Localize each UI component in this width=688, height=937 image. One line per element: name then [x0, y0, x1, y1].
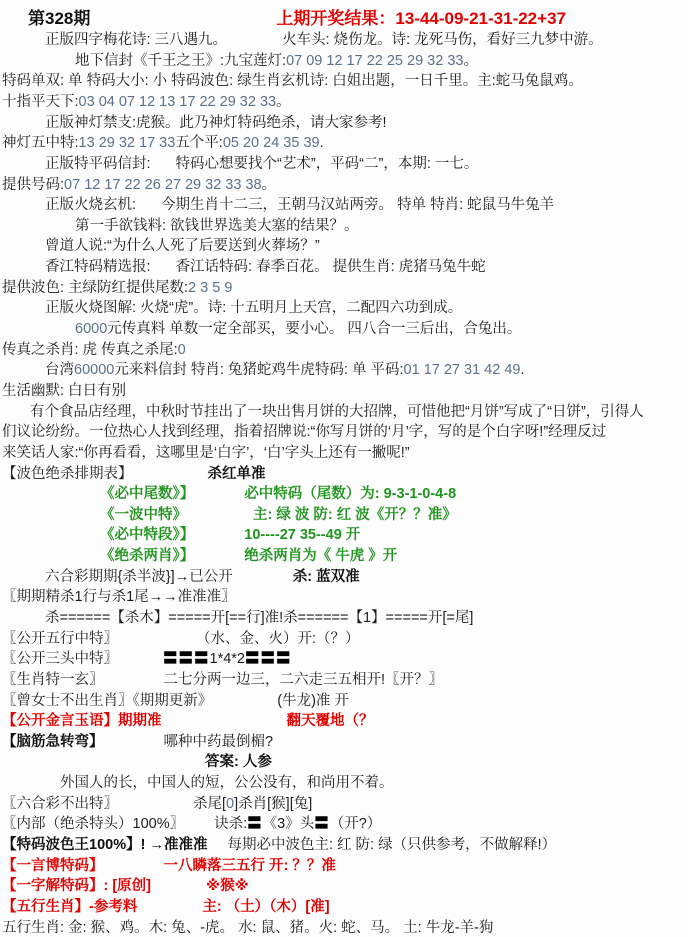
fire-mystery-line-part-2: 今期生肖十二三，王朝马汉站两旁。 特单 特肖: 蛇鼠马牛兔羊 — [161, 198, 554, 213]
humor-story-line-1: 有个食品店经理，中秋时节挂出了一块出售月饼的大招牌，可惜他把“月饼”写成了“日饼… — [0, 402, 688, 423]
kill-two-zodiac-line-part-2: 绝杀两肖为《 牛虎 》开 — [244, 549, 397, 564]
ten-fingers-line-part-1: 十指平天下: — [2, 95, 79, 110]
riddle-line-part-1: 外国人的长，中国人的短，公公没有，和尚用不着。 — [60, 776, 394, 791]
golden-words-line-part-1: 【公开金言玉语】期期准 — [2, 714, 162, 729]
golden-words-line-part-2: 翻天覆地（？ — [287, 714, 374, 729]
half-wave-kill-line: 六合彩期期{杀半波}]→已公开杀: 蓝双准 — [0, 567, 688, 588]
xiangjiang-line-part-1: 香江特码精选报: — [45, 260, 151, 275]
provided-numbers-line: 提供号码: 07 12 17 22 26 27 29 32 33 38。 — [0, 174, 688, 195]
madam-zeng-line: 〖曾女士不出生肖〗《期期更新》(牛龙)准 开 — [0, 691, 688, 712]
three-heads-line-part-2: 〓〓〓 — [163, 652, 210, 667]
no-special-line-part-4: ]杀肖[猴][兔] — [234, 797, 312, 812]
internal-kill-head-line-part-2: 诀杀: — [214, 817, 247, 832]
magic-lamp-ban-line-part-1: 正版神灯禁支:虎猴。此乃神灯特码绝杀，请大家参考! — [45, 116, 387, 131]
xiangjiang-line: 香江特码精选报:香江话特码: 春季百花。 提供生肖: 虎猪马兔牛蛇 — [0, 257, 688, 278]
ten-fingers-line-part-3: 。 — [276, 95, 291, 110]
fire-mystery-line-part-1: 正版火烧玄机: — [45, 198, 136, 213]
magic-lamp-five-line-part-1: 神灯五中特: — [2, 136, 79, 151]
zengdaoren-line: 曾道人说:“为什么人死了后要送到火葬场？” — [0, 236, 688, 257]
header-row: 第328期上期开奖结果：13-44-09-21-31-22+37 — [0, 6, 688, 30]
special-flat-envelope-line: 正版特平码信封:特码心想要找个“艺术”，平码“二”，本期: 一七。 — [0, 154, 688, 175]
must-hit-tail-line-part-2: 必中特码（尾数）为: 9-3-1-0-4-8 — [244, 487, 456, 502]
fax-kill-line-part-1: 传真之杀肖: 虎 传真之杀尾: — [2, 343, 178, 358]
magic-lamp-five-line: 神灯五中特: 13 29 32 17 33 五个平:05 20 24 35 39… — [0, 133, 688, 154]
three-heads-line-part-1: 〖公开三头中特〗 — [2, 652, 118, 667]
special-flat-envelope-line-part-2: 特码心想要找个“艺术”，平码“二”，本期: 一七。 — [176, 157, 479, 172]
fire-diagram-line: 正版火烧图解: 火烧“虎”。诗: 十五明月上天宫，二配四六功到成。 — [0, 298, 688, 319]
provided-wave-color-line-part-1: 提供波色: 主绿防红提供尾数: — [2, 281, 188, 296]
fire-diagram-line-part-1: 正版火烧图解: 火烧“虎”。诗: 十五明月上天宫，二配四六功到成。 — [45, 301, 462, 316]
humor-story-line-2: 们议论纷纷。一位热心人找到经理，指着招牌说:“你写月饼的‘月’字，写的是个白字呀… — [0, 422, 688, 443]
wave-color-king-line-part-1: 【特码波色王100%】! →准准准 — [2, 838, 207, 853]
brain-teaser-line-part-2: 哪种中药最倒楣? — [164, 735, 274, 750]
kill-row-tail-title-line-part-1: 〖期期精杀1行与杀1尾→→准准准〗 — [2, 590, 236, 605]
magic-lamp-five-line-part-3: 五个平: — [175, 136, 223, 151]
plum-poem-line-part-2: 火车头: 烧伤龙。诗: 龙死马伤，看好三九梦中游。 — [282, 33, 603, 48]
kill-row-tail-body-line-part-1: 杀======【杀木】=====开[==行]准!杀======【1】=====开… — [45, 611, 473, 626]
zengdaoren-line-part-1: 曾道人说:“为什么人死了后要送到火葬场？” — [45, 239, 320, 254]
underground-envelope-line: 地下信封《千王之王》:九宝莲灯: 07 09 12 17 22 25 29 32… — [0, 51, 688, 72]
internal-kill-head-line: 〖内部（绝杀特头）100%〗诀杀: 〓《3》头〓（开?） — [0, 814, 688, 835]
underground-envelope-line-part-1: 地下信封《千王之王》:九宝莲灯: — [75, 54, 286, 69]
five-element-zodiac-body-line-part-1: 五行生肖: 金: 猴、鸡。木: 兔、-虎。 水: 鼠、猪。火: 蛇、马。 土: … — [2, 921, 493, 936]
magic-lamp-five-line-part-5: . — [320, 136, 324, 151]
underground-envelope-line-part-2: 07 09 12 17 22 25 29 32 33 — [286, 54, 463, 69]
five-element-zodiac-title-line: 【五行生肖】-参考料主: （土）（木）[准] — [0, 897, 688, 918]
special-code-odd-even-line: 特码单双: 单 特码大小: 小 特码波色: 绿生肖玄机诗: 白姐出题，一日千里。… — [0, 71, 688, 92]
golden-words-line: 【公开金言玉语】期期准翻天覆地（？ — [0, 711, 688, 732]
zodiac-mystery-line-part-1: 〖生肖特一玄〗 — [2, 673, 104, 688]
ten-fingers-line-part-2: 03 04 07 12 13 17 22 29 32 33 — [79, 95, 277, 110]
special-flat-envelope-line-part-1: 正版特平码信封: — [45, 157, 151, 172]
taiwan-envelope-line-part-1: 台湾 — [45, 363, 74, 378]
internal-kill-head-line-part-4: 《3》头 — [263, 817, 315, 832]
no-special-line: 〖六合彩不出特〗杀尾[0]杀肖[猴][兔] — [0, 794, 688, 815]
one-phrase-special-line: 【一言博特码】一八瞵落三五行 开: ？？准 — [0, 856, 688, 877]
humor-story-line-3-part-1: 来笑话人家:“你再看看，这哪里是‘白字’，‘白’字头上还有一撇呢!” — [2, 446, 410, 461]
madam-zeng-line-part-1: 〖曾女士不出生肖〗《期期更新》 — [2, 694, 212, 709]
kill-row-tail-body-line: 杀======【杀木】=====开[==行]准!杀======【1】=====开… — [0, 608, 688, 629]
half-wave-kill-line-part-1: 六合彩期期{杀半波}]→已公开 — [45, 570, 233, 585]
internal-kill-head-line-part-3: 〓 — [247, 817, 263, 832]
internal-kill-head-line-part-1: 〖内部（绝杀特头）100%〗 — [2, 817, 184, 832]
provided-wave-color-line-part-2: 2 3 5 9 — [188, 281, 232, 296]
fax-material-line-part-2: 元传真料 单数一定全部买，要小心。 四八合一三后出，合兔出。 — [107, 322, 521, 337]
issue-number: 第328期 — [28, 10, 90, 27]
magic-lamp-ban-line: 正版神灯禁支:虎猴。此乃神灯特码绝杀，请大家参考! — [0, 113, 688, 134]
three-heads-line-part-3: 1*4*2 — [210, 652, 245, 667]
three-heads-line-part-4: 〓〓〓 — [245, 652, 292, 667]
brain-teaser-line: 【脑筋急转弯】哪种中药最倒楣? — [0, 732, 688, 753]
taiwan-envelope-line-part-4: 01 17 27 31 42 49 — [404, 363, 521, 378]
plum-poem-line: 正版四字梅花诗: 三八遇九。火车头: 烧伤龙。诗: 龙死马伤，看好三九梦中游。 — [0, 30, 688, 51]
brain-teaser-line-part-1: 【脑筋急转弯】 — [2, 735, 104, 750]
plum-poem-line-part-1: 正版四字梅花诗: 三八遇九。 — [45, 33, 227, 48]
provided-wave-color-line: 提供波色: 主绿防红提供尾数: 2 3 5 9 — [0, 278, 688, 299]
underground-envelope-line-part-3: 。 — [463, 54, 478, 69]
fax-material-line-part-1: 6000 — [75, 322, 107, 337]
taiwan-envelope-line-part-5: . — [520, 363, 524, 378]
one-word-special-line-part-2: ※猴※ — [206, 879, 249, 894]
five-element-zodiac-body-line: 五行生肖: 金: 猴、鸡。木: 兔、-虎。 水: 鼠、猪。火: 蛇、马。 土: … — [0, 918, 688, 937]
kill-two-zodiac-line: 《绝杀两肖》】绝杀两肖为《 牛虎 》开 — [0, 546, 688, 567]
no-special-line-part-1: 〖六合彩不出特〗 — [2, 797, 118, 812]
brain-teaser-answer-line-part-1: 答案: 人参 — [205, 755, 272, 770]
one-word-special-line-part-1: 【一字解特码】: [原创] — [2, 879, 151, 894]
no-special-line-part-2: 杀尾[ — [193, 797, 226, 812]
wave-kill-table-title-line-part-1: 【波色绝杀排期表】 — [2, 467, 133, 482]
wave-color-king-line-part-2: 每期必中波色主: 红 防: 绿（只供参考，不做解释!） — [227, 838, 556, 853]
provided-numbers-line-part-3: 。 — [262, 178, 277, 193]
five-element-zodiac-title-line-part-2: 主: （土）（木）[准] — [202, 900, 329, 915]
five-elements-line: 〖公开五行中特〗（水、金、火）开:（？） — [0, 629, 688, 650]
life-humor-title-line-part-1: 生活幽默: 白日有别 — [2, 384, 126, 399]
fire-mystery-line: 正版火烧玄机:今期生肖十二三，王朝马汉站两旁。 特单 特肖: 蛇鼠马牛兔羊 — [0, 195, 688, 216]
no-special-line-part-3: 0 — [226, 797, 234, 812]
one-wave-line: 《一波中特》主: 绿 波 防: 红 波《开？？准》 — [0, 505, 688, 526]
money-tip-line: 第一手欲钱料: 欲钱世界选美大塞的结果？。 — [0, 216, 688, 237]
zodiac-mystery-line: 〖生肖特一玄〗二七分两一边三，二六走三五相开!〖开？〗 — [0, 670, 688, 691]
one-word-special-line: 【一字解特码】: [原创]※猴※ — [0, 876, 688, 897]
wave-kill-table-title-line: 【波色绝杀排期表】杀红单准 — [0, 463, 688, 484]
must-hit-tail-line-part-1: 《必中尾数》】 — [100, 487, 194, 502]
provided-numbers-line-part-1: 提供号码: — [2, 178, 64, 193]
xiangjiang-line-part-2: 香江话特码: 春季百花。 提供生肖: 虎猪马兔牛蛇 — [176, 260, 486, 275]
taiwan-envelope-line-part-3: 元来料信封 特肖: 兔猪蛇鸡牛虎特码: 单 平码: — [114, 363, 403, 378]
half-wave-kill-line-part-2: 杀: 蓝双准 — [293, 570, 360, 585]
internal-kill-head-line-part-6: （开?） — [330, 817, 382, 832]
one-wave-line-part-1: 《一波中特》 — [100, 508, 187, 523]
five-elements-line-part-2: （水、金、火）开:（？） — [196, 632, 360, 647]
kill-two-zodiac-line-part-1: 《绝杀两肖》】 — [100, 549, 194, 564]
lottery-tip-sheet: 第328期上期开奖结果：13-44-09-21-31-22+37正版四字梅花诗:… — [0, 0, 688, 937]
humor-story-line-2-part-1: 们议论纷纷。一位热心人找到经理，指着招牌说:“你写月饼的‘月’字，写的是个白字呀… — [2, 425, 606, 440]
must-hit-tail-line: 《必中尾数》】必中特码（尾数）为: 9-3-1-0-4-8 — [0, 484, 688, 505]
one-phrase-special-line-part-2: 一八瞵落三五行 开: ？？准 — [164, 859, 336, 874]
taiwan-envelope-line-part-2: 60000 — [74, 363, 114, 378]
provided-numbers-line-part-2: 07 12 17 22 26 27 29 32 33 38 — [64, 178, 262, 193]
fax-kill-line-part-2: 0 — [178, 343, 186, 358]
fax-kill-line: 传真之杀肖: 虎 传真之杀尾: 0 — [0, 340, 688, 361]
humor-story-line-1-part-1: 有个食品店经理，中秋时节挂出了一块出售月饼的大招牌，可惜他把“月饼”写成了“日饼… — [30, 405, 644, 420]
last-draw-result: 上期开奖结果：13-44-09-21-31-22+37 — [276, 10, 566, 27]
must-hit-segment-line-part-1: 《必中特段》】 — [100, 528, 194, 543]
wave-color-king-line: 【特码波色王100%】! →准准准每期必中波色主: 红 防: 绿（只供参考，不做… — [0, 835, 688, 856]
zodiac-mystery-line-part-2: 二七分两一边三，二六走三五相开!〖开？〗 — [164, 673, 444, 688]
madam-zeng-line-part-2: (牛龙)准 开 — [277, 694, 349, 709]
five-element-zodiac-title-line-part-1: 【五行生肖】-参考料 — [2, 900, 137, 915]
money-tip-line-part-1: 第一手欲钱料: 欲钱世界选美大塞的结果？。 — [75, 219, 359, 234]
five-elements-line-part-1: 〖公开五行中特〗 — [2, 632, 118, 647]
humor-story-line-3: 来笑话人家:“你再看看，这哪里是‘白字’，‘白’字头上还有一撇呢!” — [0, 443, 688, 464]
wave-kill-table-title-line-part-2: 杀红单准 — [208, 467, 266, 482]
special-code-odd-even-line-part-1: 特码单双: 单 特码大小: 小 特码波色: 绿生肖玄机诗: 白姐出题，一日千里。… — [2, 74, 583, 89]
taiwan-envelope-line: 台湾 60000 元来料信封 特肖: 兔猪蛇鸡牛虎特码: 单 平码: 01 17… — [0, 360, 688, 381]
must-hit-segment-line-part-2: 10----27 35--49 开 — [244, 528, 360, 543]
fax-material-line: 6000 元传真料 单数一定全部买，要小心。 四八合一三后出，合兔出。 — [0, 319, 688, 340]
magic-lamp-five-line-part-2: 13 29 32 17 33 — [79, 136, 176, 151]
ten-fingers-line: 十指平天下: 03 04 07 12 13 17 22 29 32 33。 — [0, 92, 688, 113]
magic-lamp-five-line-part-4: 05 20 24 35 39 — [223, 136, 320, 151]
three-heads-line: 〖公开三头中特〗〓〓〓1*4*2〓〓〓 — [0, 649, 688, 670]
life-humor-title-line: 生活幽默: 白日有别 — [0, 381, 688, 402]
one-wave-line-part-2: 主: 绿 波 防: 红 波《开？？准》 — [253, 508, 457, 523]
riddle-line: 外国人的长，中国人的短，公公没有，和尚用不着。 — [0, 773, 688, 794]
must-hit-segment-line: 《必中特段》】10----27 35--49 开 — [0, 525, 688, 546]
brain-teaser-answer-line: 答案: 人参 — [0, 752, 688, 773]
kill-row-tail-title-line: 〖期期精杀1行与杀1尾→→准准准〗 — [0, 587, 688, 608]
internal-kill-head-line-part-5: 〓 — [314, 817, 330, 832]
one-phrase-special-line-part-1: 【一言博特码】 — [2, 859, 104, 874]
